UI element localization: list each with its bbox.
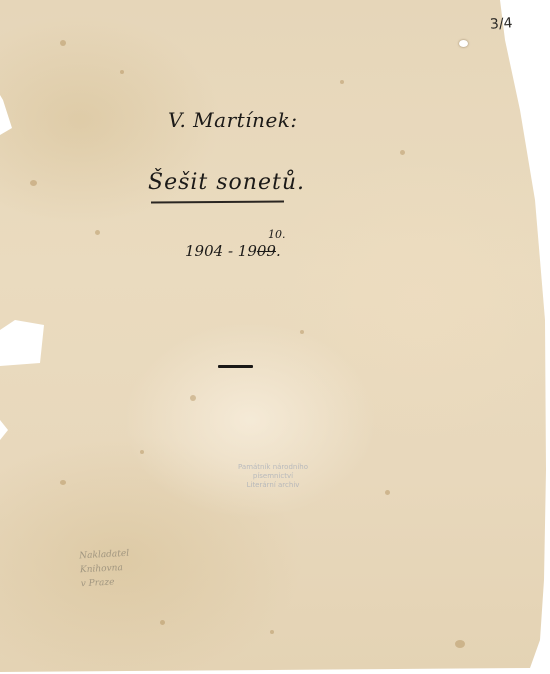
year-start: 1904 [185, 242, 223, 260]
pencil-annotation: Nakladatel Knihovna v Praze [79, 547, 131, 592]
archive-stamp: Památník národního písemnictví Literární… [238, 463, 308, 490]
stamp-line: Památník národního [238, 463, 308, 472]
foxing-spot [30, 180, 37, 186]
year-end: 1909 [238, 242, 276, 260]
foxing-spot [270, 630, 274, 634]
author-name: V. Martínek: [168, 108, 298, 132]
foxing-spot [300, 330, 304, 334]
foxing-spot [160, 620, 165, 625]
foxing-spot [120, 70, 124, 74]
year-end-prefix: 19 [238, 242, 257, 260]
year-range: 1904 - 1909. [185, 242, 281, 260]
pencil-line: Knihovna [80, 561, 131, 578]
foxing-spot [60, 40, 66, 46]
foxing-spot [455, 640, 465, 648]
year-correction: 10. [268, 228, 286, 241]
foxing-spot [190, 395, 196, 401]
foxing-spot [140, 450, 144, 454]
foxing-spot [60, 480, 66, 485]
foxing-spot [400, 150, 405, 155]
page-title: Šešit sonetů. [148, 170, 305, 195]
separator-dash [218, 365, 253, 368]
paper-hole [459, 40, 468, 47]
foxing-spot [385, 490, 390, 495]
year-end-struck: 09 [257, 242, 276, 260]
foxing-spot [95, 230, 100, 235]
stamp-line: Literární archiv [238, 481, 308, 490]
pencil-line: v Praze [80, 575, 131, 592]
stamp-line: písemnictví [238, 472, 308, 481]
page-number: 3/4 [489, 15, 513, 33]
year-separator: - [223, 242, 238, 260]
foxing-spot [340, 80, 344, 84]
